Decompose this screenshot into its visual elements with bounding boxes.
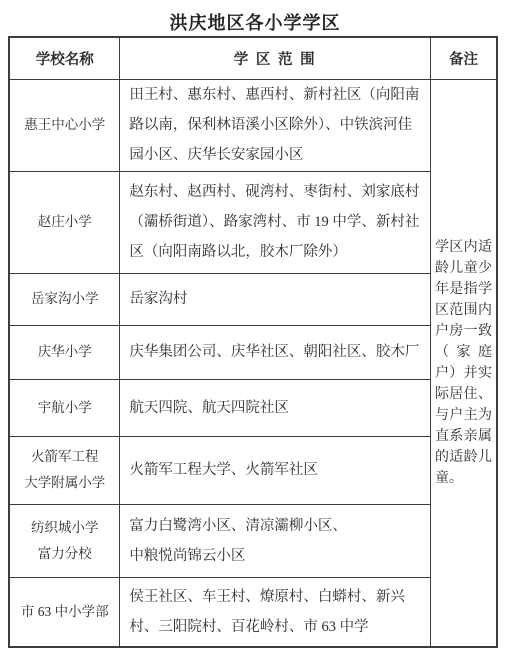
table-row: 岳家沟小学 岳家沟村 xyxy=(9,273,497,325)
header-school-name: 学校名称 xyxy=(9,37,120,79)
district-range-cell: 岳家沟村 xyxy=(120,273,431,325)
header-note: 备注 xyxy=(430,37,497,79)
school-name-cell: 市 63 中小学部 xyxy=(9,577,120,647)
table-row: 市 63 中小学部 侯王社区、车王村、燎原村、白蟒村、新兴村、三阳院村、百花岭村… xyxy=(9,577,497,647)
school-name-cell: 纺织城小学 富力分校 xyxy=(9,504,120,577)
table-header: 学校名称 学 区 范 围 备注 xyxy=(9,37,497,79)
header-row: 学校名称 学 区 范 围 备注 xyxy=(9,37,497,79)
page-title: 洪庆地区各小学学区 xyxy=(0,9,510,35)
district-range-cell: 田王村、惠东村、惠西村、新村社区（向阳南路以南，保利林语溪小区除外）、中铁滨河佳… xyxy=(120,79,431,171)
table-row: 赵庄小学 赵东村、赵西村、砚湾村、枣街村、刘家底村（灞桥街道）、路家湾村、市 1… xyxy=(9,171,497,273)
table-row: 惠王中心小学 田王村、惠东村、惠西村、新村社区（向阳南路以南，保利林语溪小区除外… xyxy=(9,79,497,171)
table-row: 庆华小学 庆华集团公司、庆华社区、朝阳社区、胶木厂 xyxy=(9,325,497,379)
school-name-cell: 火箭军工程 大学附属小学 xyxy=(9,436,120,504)
note-cell: 学区内适龄儿童少年是指学区范围内户房一致（家庭户）并实际居住、与户主为直系亲属的… xyxy=(430,79,497,647)
district-range-cell: 侯王社区、车王村、燎原村、白蟒村、新兴村、三阳院村、百花岭村、市 63 中学 xyxy=(120,577,431,647)
table-row: 火箭军工程 大学附属小学 火箭军工程大学、火箭军社区 xyxy=(9,436,497,504)
district-range-cell: 赵东村、赵西村、砚湾村、枣街村、刘家底村（灞桥街道）、路家湾村、市 19 中学、… xyxy=(120,171,431,273)
header-district-range: 学 区 范 围 xyxy=(120,37,431,79)
district-range-cell: 火箭军工程大学、火箭军社区 xyxy=(120,436,431,504)
school-name-cell: 庆华小学 xyxy=(9,325,120,379)
district-range-cell: 航天四院、航天四院社区 xyxy=(120,379,431,436)
school-name-cell: 岳家沟小学 xyxy=(9,273,120,325)
school-name-cell: 赵庄小学 xyxy=(9,171,120,273)
table-row: 宇航小学 航天四院、航天四院社区 xyxy=(9,379,497,436)
school-name-cell: 惠王中心小学 xyxy=(9,79,120,171)
school-name-cell: 宇航小学 xyxy=(9,379,120,436)
school-district-table: 学校名称 学 区 范 围 备注 惠王中心小学 田王村、惠东村、惠西村、新村社区（… xyxy=(8,36,498,648)
table-body: 惠王中心小学 田王村、惠东村、惠西村、新村社区（向阳南路以南，保利林语溪小区除外… xyxy=(9,79,497,647)
district-range-cell: 富力白鹭湾小区、清凉灞柳小区、 中粮悦尚锦云小区 xyxy=(120,504,431,577)
document-page: 洪庆地区各小学学区 学校名称 学 区 范 围 备注 惠王中心小学 田王村、惠东村… xyxy=(0,0,510,656)
table-row: 纺织城小学 富力分校 富力白鹭湾小区、清凉灞柳小区、 中粮悦尚锦云小区 xyxy=(9,504,497,577)
district-range-cell: 庆华集团公司、庆华社区、朝阳社区、胶木厂 xyxy=(120,325,431,379)
